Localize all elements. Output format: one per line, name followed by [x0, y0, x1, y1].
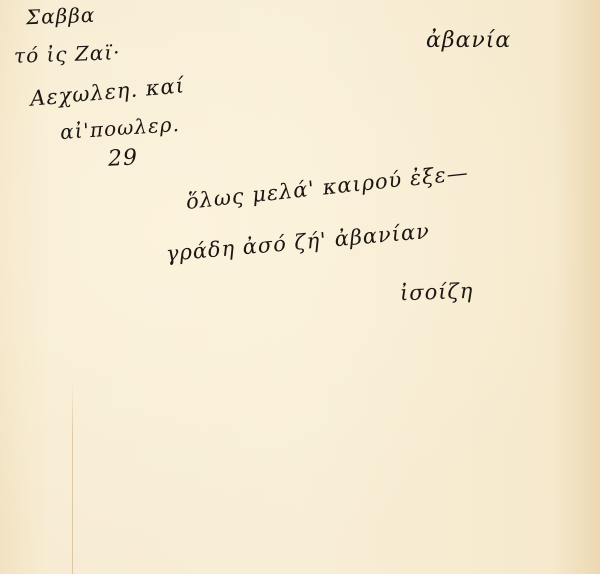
- header-right-title: ἀβανία: [426, 28, 511, 53]
- header-left-line-4: αἰ'ποωλερ.: [59, 112, 180, 144]
- handwritten-note-page: Σαββα τό ἰς Ζαϊ· Αεχωλεη. καί αἰ'ποωλερ.…: [0, 0, 600, 574]
- body-line-2: γράδη ἀσό ζή' ἀβανίαν: [165, 219, 431, 266]
- header-left-line-5: 29: [107, 145, 138, 172]
- body-line-1: ὅλως μελά' καιρού ἐξε—: [185, 160, 470, 214]
- header-left-line-1: Σαββα: [26, 3, 96, 29]
- body-line-3: ἰσοίζη: [400, 279, 474, 306]
- header-left-line-3: Αεχωλεη. καί: [29, 73, 185, 110]
- header-left-line-2: τό ἰς Ζαϊ·: [14, 40, 121, 68]
- paper-fold-line: [72, 380, 73, 574]
